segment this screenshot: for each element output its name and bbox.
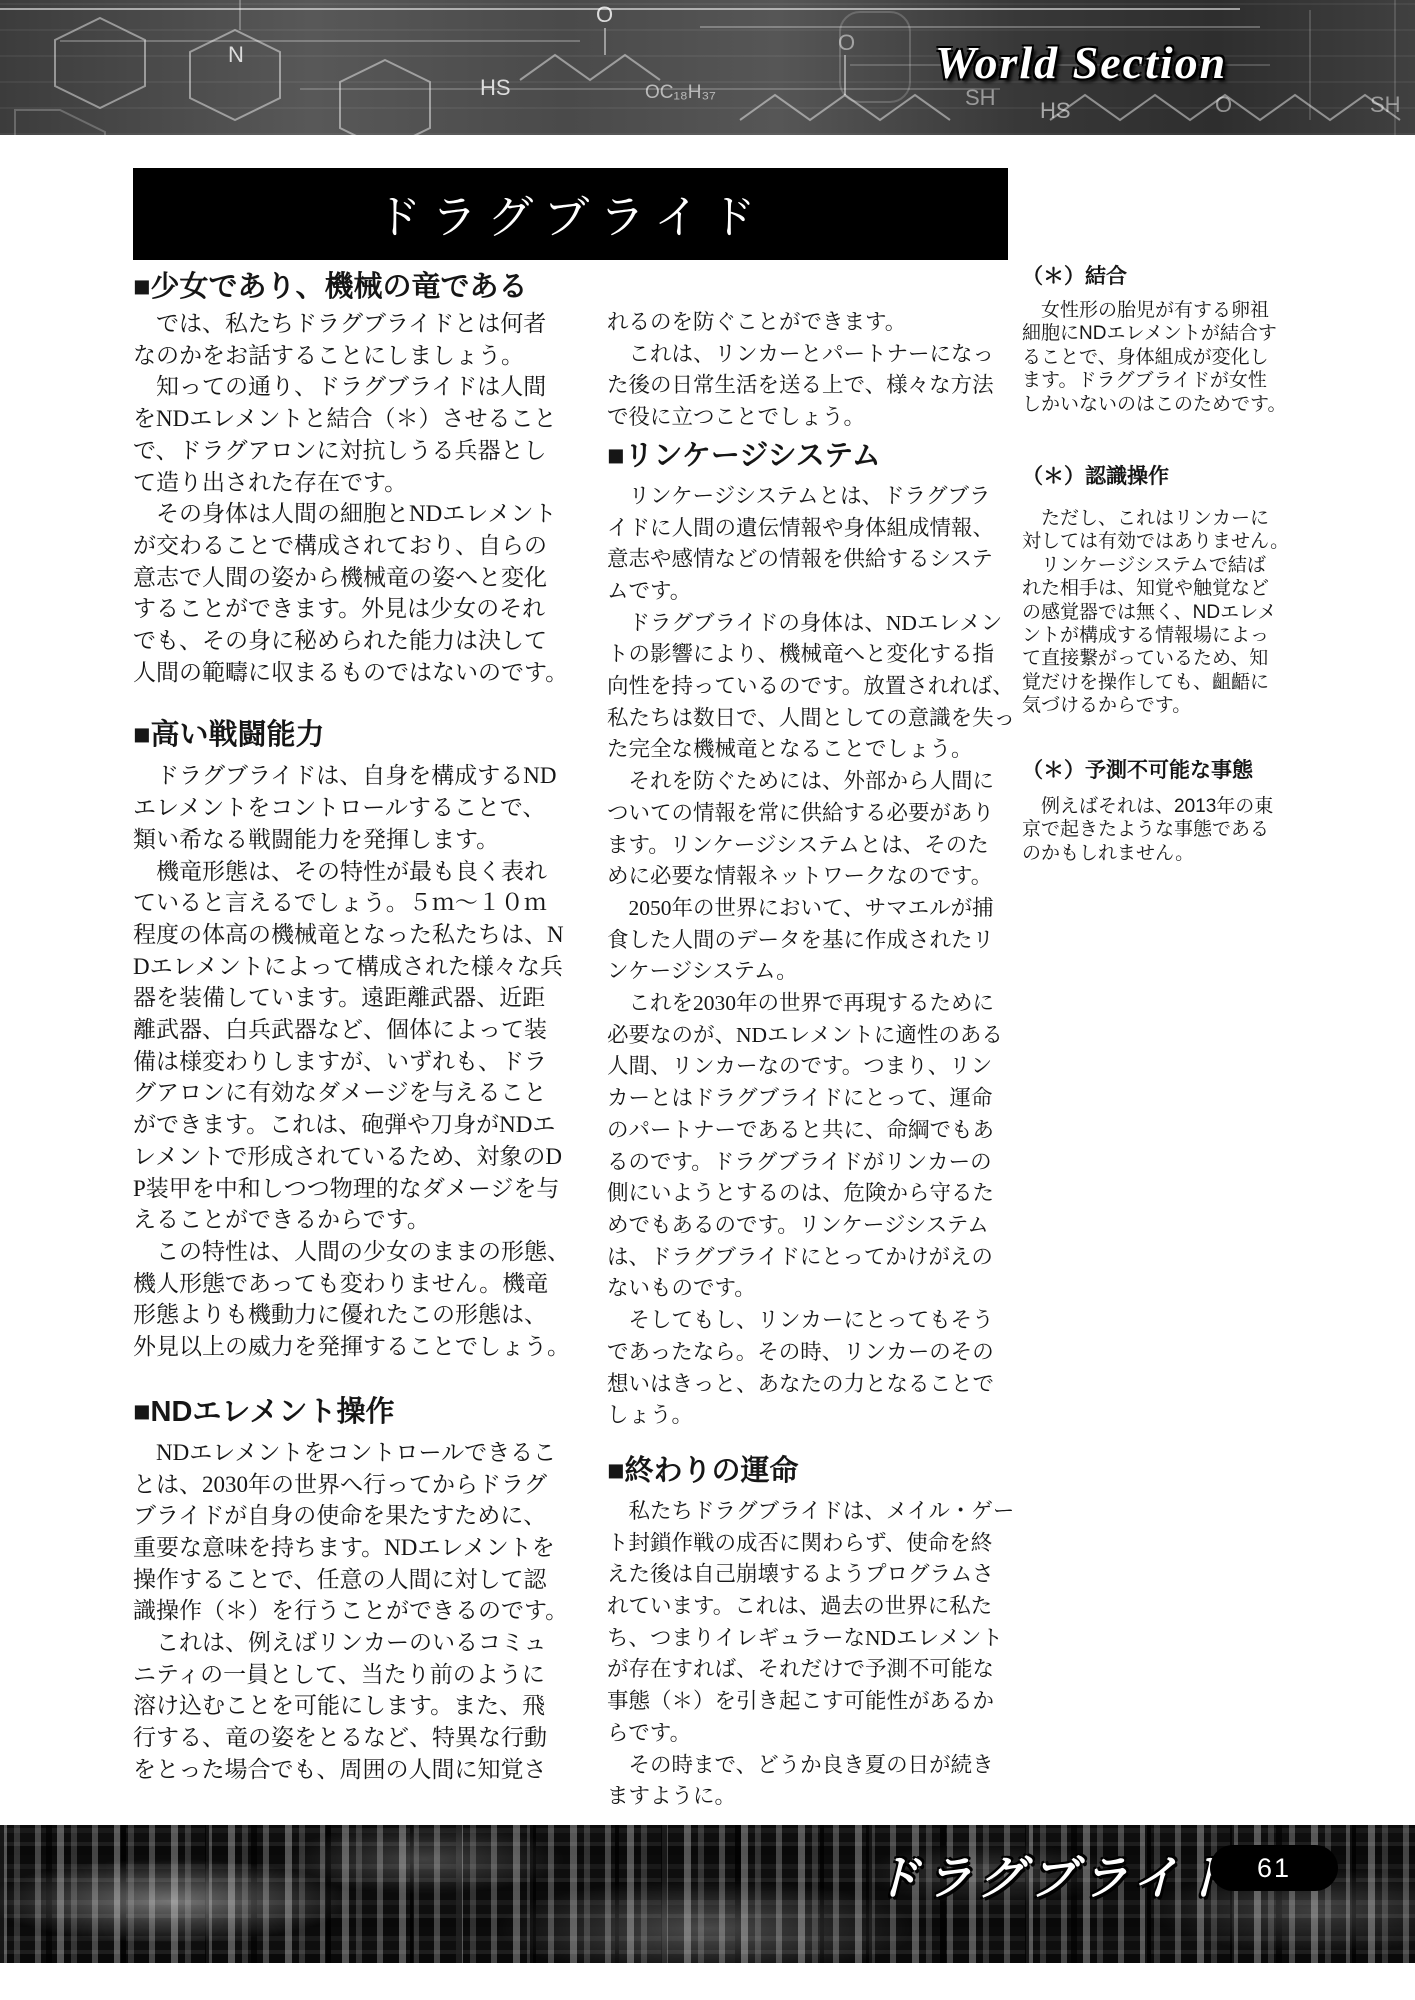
text-line: 意志や感情などの情報を供給するシステ <box>607 544 1009 576</box>
column-left: ■少女であり、機械の竜である では、私たちドラグブライドとは何者なのかをお話する… <box>133 270 569 1786</box>
chem-label-hs1: HS <box>480 75 511 100</box>
footer-banner: ドラグブライド 61 <box>0 1825 1415 1963</box>
section-body: ドラグブライドは、自身を構成するNDエレメントをコントロールすることで、類い希な… <box>133 760 569 1362</box>
text-line: が存在すれば、それだけで予測不可能な <box>607 1654 1009 1686</box>
text-line: リンケージシステムとは、ドラグブラ <box>607 481 1009 513</box>
section-body: 私たちドラグブライドは、メイル・ゲート封鎖作戦の成否に関わらず、使命を終えた後は… <box>607 1496 1009 1813</box>
book-page: { "header": { "section_title": "World Se… <box>0 0 1415 2000</box>
text-line: そしてもし、リンカーにとってもそう <box>607 1305 1009 1337</box>
text-line: なのかをお話することにしましょう。 <box>133 340 569 372</box>
text-line: て造り出された存在です。 <box>133 467 569 499</box>
footnote-union: （＊）結合 女性形の胎児が有する卵祖細胞にNDエレメントが結合することで、身体組… <box>1022 265 1300 416</box>
article-title-bar: ドラグブライド <box>133 168 1008 260</box>
header-banner: N HS OC₁₈H₃₇ O O SH HS O SH World Sectio… <box>0 0 1415 135</box>
text-line: これを2030年の世界で再現するために <box>607 988 1009 1020</box>
text-line: とは、2030年の世界へ行ってからドラグ <box>133 1469 569 1501</box>
text-line: ることで、身体組成が変化し <box>1022 346 1300 369</box>
text-line: 器を装備しています。遠距離武器、近距 <box>133 982 569 1014</box>
text-line: 人間、リンカーなのです。つまり、リン <box>607 1051 1009 1083</box>
text-line: ブライドが自身の使命を果たすために、 <box>133 1500 569 1532</box>
text-line: 離武器、白兵武器など、個体によって装 <box>133 1014 569 1046</box>
text-line: ンケージシステム。 <box>607 956 1009 988</box>
text-line: 備は様変わりしますが、いずれも、ドラ <box>133 1046 569 1078</box>
footnote-unpredictable-events: （＊）予測不可能な事態 例えばそれは、2013年の東京で起きたような事態であるの… <box>1022 759 1300 865</box>
text-line: 外見以上の威力を発揮することでしょう。 <box>133 1331 569 1363</box>
text-line: 京で起きたような事態である <box>1022 818 1300 841</box>
text-line: P装甲を中和しつつ物理的なダメージを与 <box>133 1173 569 1205</box>
text-line: その身体は人間の細胞とNDエレメント <box>133 498 569 530</box>
footnote-heading: （＊）結合 <box>1022 265 1300 289</box>
text-line: ますように。 <box>607 1781 1009 1813</box>
text-line: 細胞にNDエレメントが結合す <box>1022 322 1300 345</box>
text-line: で役に立つことでしょう。 <box>607 402 1009 434</box>
text-line: ていると言えるでしょう。５ｍ～１０ｍ <box>133 887 569 919</box>
text-line: れるのを防ぐことができます。 <box>607 307 1009 339</box>
text-line: ニティの一員として、当たり前のように <box>133 1659 569 1691</box>
footnote-body: 女性形の胎児が有する卵祖細胞にNDエレメントが結合することで、身体組成が変化しま… <box>1022 299 1300 416</box>
text-line: 対しては有効ではありません。 <box>1022 530 1300 553</box>
text-line: 食した人間のデータを基に作成されたリ <box>607 925 1009 957</box>
text-line: の感覚器では無く、NDエレメ <box>1022 601 1300 624</box>
text-line: エレメントをコントロールすることで、 <box>133 792 569 824</box>
text-line: めでもあるのです。リンケージシステム <box>607 1210 1009 1242</box>
text-line: 重要な意味を持ちます。NDエレメントを <box>133 1532 569 1564</box>
text-line: 機竜形態は、その特性が最も良く表れ <box>133 856 569 888</box>
text-line: これは、リンカーとパートナーになっ <box>607 339 1009 371</box>
text-line: ないものです。 <box>607 1273 1009 1305</box>
text-line: 私たちドラグブライドは、メイル・ゲー <box>607 1496 1009 1528</box>
chem-label-hs2: HS <box>1040 98 1071 123</box>
column-middle: れるのを防ぐことができます。 これは、リンカーとパートナーになった後の日常生活を… <box>607 307 1009 1813</box>
footnote-recognition-manipulation: （＊）認識操作 ただし、これはリンカーに対しては有効ではありません。 リンケージ… <box>1022 465 1300 718</box>
text-line: その時まで、どうか良き夏の日が続き <box>607 1750 1009 1782</box>
world-section-title: World Section <box>935 36 1405 89</box>
page-number: 61 <box>1257 1853 1291 1884</box>
text-line: ができます。これは、砲弾や刀身がNDエ <box>133 1109 569 1141</box>
text-line: 形態よりも機動力に優れたこの形態は、 <box>133 1299 569 1331</box>
text-line: ます。リンケージシステムとは、そのた <box>607 830 1009 862</box>
text-line: るのです。ドラグブライドがリンカーの <box>607 1147 1009 1179</box>
text-line: ムです。 <box>607 576 1009 608</box>
section-body: NDエレメントをコントロールできることは、2030年の世界へ行ってからドラグブラ… <box>133 1437 569 1786</box>
text-line: することができます。外見は少女のそれ <box>133 593 569 625</box>
text-line: ます。ドラグブライドが女性 <box>1022 369 1300 392</box>
text-line: グアロンに有効なダメージを与えること <box>133 1077 569 1109</box>
chem-label-o2: O <box>838 30 855 55</box>
text-line: 人間の範疇に収まるものではないのです。 <box>133 657 569 689</box>
text-line: で、ドラグアロンに対抗しうる兵器とし <box>133 435 569 467</box>
text-line: 2050年の世界において、サマエルが捕 <box>607 893 1009 925</box>
text-line: 識操作（＊）を行うことができるのです。 <box>133 1595 569 1627</box>
text-line: 私たちは数日で、人間としての意識を失っ <box>607 703 1009 735</box>
text-line: をNDエレメントと結合（＊）させること <box>133 403 569 435</box>
text-line: ついての情報を常に供給する必要があり <box>607 798 1009 830</box>
section-heading-high-combat-ability: ■高い戦闘能力 <box>133 718 569 752</box>
text-line: でも、その身に秘められた能力は決して <box>133 625 569 657</box>
article-title: ドラグブライド <box>375 181 766 247</box>
text-line: ントが構成する情報場によっ <box>1022 624 1300 647</box>
text-line: リンケージシステムで結ば <box>1022 554 1300 577</box>
footer-chapter-logo: ドラグブライド <box>870 1841 1249 1908</box>
text-line: のかもしれません。 <box>1022 842 1300 865</box>
text-line: 機人形態であっても変わりません。機竜 <box>133 1268 569 1300</box>
text-line: のパートナーであると共に、命綱でもあ <box>607 1115 1009 1147</box>
text-line: ただし、これはリンカーに <box>1022 507 1300 530</box>
text-line: えた後は自己崩壊するようプログラムさ <box>607 1559 1009 1591</box>
chem-label-sh2: SH <box>1370 92 1401 117</box>
text-line: 意志で人間の姿から機械竜の姿へと変化 <box>133 562 569 594</box>
chem-label-oc: OC₁₈H₃₇ <box>645 82 716 103</box>
section-heading-final-fate: ■終わりの運命 <box>607 1454 1009 1488</box>
text-line: れた相手は、知覚や触覚など <box>1022 577 1300 600</box>
footnote-heading: （＊）認識操作 <box>1022 465 1300 489</box>
text-line: であったなら。その時、リンカーのその <box>607 1337 1009 1369</box>
text-line: 操作することで、任意の人間に対して認 <box>133 1564 569 1596</box>
column-sidebar-notes: （＊）結合 女性形の胎児が有する卵祖細胞にNDエレメントが結合することで、身体組… <box>1022 265 1300 865</box>
section-heading-linkage-system: ■リンケージシステム <box>607 439 1009 473</box>
chem-label-n: N <box>228 42 244 67</box>
text-line: 類い希なる戦闘能力を発揮します。 <box>133 824 569 856</box>
text-line: 必要なのが、NDエレメントに適性のある <box>607 1020 1009 1052</box>
text-line: しょう。 <box>607 1400 1009 1432</box>
text-line: 想いはきっと、あなたの力となることで <box>607 1369 1009 1401</box>
text-line: 程度の体高の機械竜となった私たちは、N <box>133 919 569 951</box>
text-line: て直接繋がっているため、知 <box>1022 647 1300 670</box>
section-body-continued: れるのを防ぐことができます。 これは、リンカーとパートナーになった後の日常生活を… <box>607 307 1009 434</box>
text-line: めに必要な情報ネットワークなのです。 <box>607 861 1009 893</box>
text-line: しかいないのはこのためです。 <box>1022 393 1300 416</box>
text-line: た後の日常生活を送る上で、様々な方法 <box>607 370 1009 402</box>
section-body: では、私たちドラグブライドとは何者なのかをお話することにしましょう。 知っての通… <box>133 308 569 688</box>
text-line: では、私たちドラグブライドとは何者 <box>133 308 569 340</box>
text-line: をとった場合でも、周囲の人間に知覚さ <box>133 1754 569 1786</box>
text-line: レメントで形成されているため、対象のD <box>133 1141 569 1173</box>
section-heading-girl-machine-dragon: ■少女であり、機械の竜である <box>133 270 569 304</box>
text-line: れています。これは、過去の世界に私た <box>607 1591 1009 1623</box>
text-line: えることができるからです。 <box>133 1204 569 1236</box>
text-line: 側にいようとするのは、危険から守るた <box>607 1178 1009 1210</box>
text-line: 事態（＊）を引き起こす可能性があるか <box>607 1686 1009 1718</box>
text-line: 溶け込むことを可能にします。また、飛 <box>133 1690 569 1722</box>
text-line: NDエレメントをコントロールできるこ <box>133 1437 569 1469</box>
text-line: これは、例えばリンカーのいるコミュ <box>133 1627 569 1659</box>
text-line: 例えばそれは、2013年の東 <box>1022 795 1300 818</box>
footnote-body: 例えばそれは、2013年の東京で起きたような事態であるのかもしれません。 <box>1022 795 1300 865</box>
text-line: 女性形の胎児が有する卵祖 <box>1022 299 1300 322</box>
text-line: らです。 <box>607 1718 1009 1750</box>
section-heading-nd-element-operation: ■NDエレメント操作 <box>133 1395 569 1429</box>
text-line: イドに人間の遺伝情報や身体組成情報、 <box>607 513 1009 545</box>
section-body: リンケージシステムとは、ドラグブライドに人間の遺伝情報や身体組成情報、意志や感情… <box>607 481 1009 1432</box>
text-line: た完全な機械竜となることでしょう。 <box>607 734 1009 766</box>
text-line: 向性を持っているのです。放置されれば、 <box>607 671 1009 703</box>
text-line: それを防ぐためには、外部から人間に <box>607 766 1009 798</box>
text-line: 知っての通り、ドラグブライドは人間 <box>133 371 569 403</box>
text-line: この特性は、人間の少女のままの形態、 <box>133 1236 569 1268</box>
text-line: ドラグブライドの身体は、NDエレメン <box>607 608 1009 640</box>
text-line: 覚だけを操作しても、齟齬に <box>1022 671 1300 694</box>
text-line: ドラグブライドは、自身を構成するND <box>133 760 569 792</box>
chem-label-o1: O <box>596 2 613 27</box>
text-line: カーとはドラグブライドにとって、運命 <box>607 1083 1009 1115</box>
chem-label-o3: O <box>1215 92 1232 117</box>
text-line: トの影響により、機械竜へと変化する指 <box>607 639 1009 671</box>
text-line: ち、つまりイレギュラーなNDエレメント <box>607 1623 1009 1655</box>
text-line: 行する、竜の姿をとるなど、特異な行動 <box>133 1722 569 1754</box>
text-line: が交わることで構成されており、自らの <box>133 530 569 562</box>
footnote-body: ただし、これはリンカーに対しては有効ではありません。 リンケージシステムで結ばれ… <box>1022 507 1300 718</box>
footnote-heading: （＊）予測不可能な事態 <box>1022 759 1300 783</box>
text-line: 気づけるからです。 <box>1022 694 1300 717</box>
text-line: ト封鎖作戦の成否に関わらず、使命を終 <box>607 1528 1009 1560</box>
text-line: は、ドラグブライドにとってかけがえの <box>607 1242 1009 1274</box>
text-line: Dエレメントによって構成された様々な兵 <box>133 951 569 983</box>
page-number-pill: 61 <box>1210 1845 1338 1891</box>
